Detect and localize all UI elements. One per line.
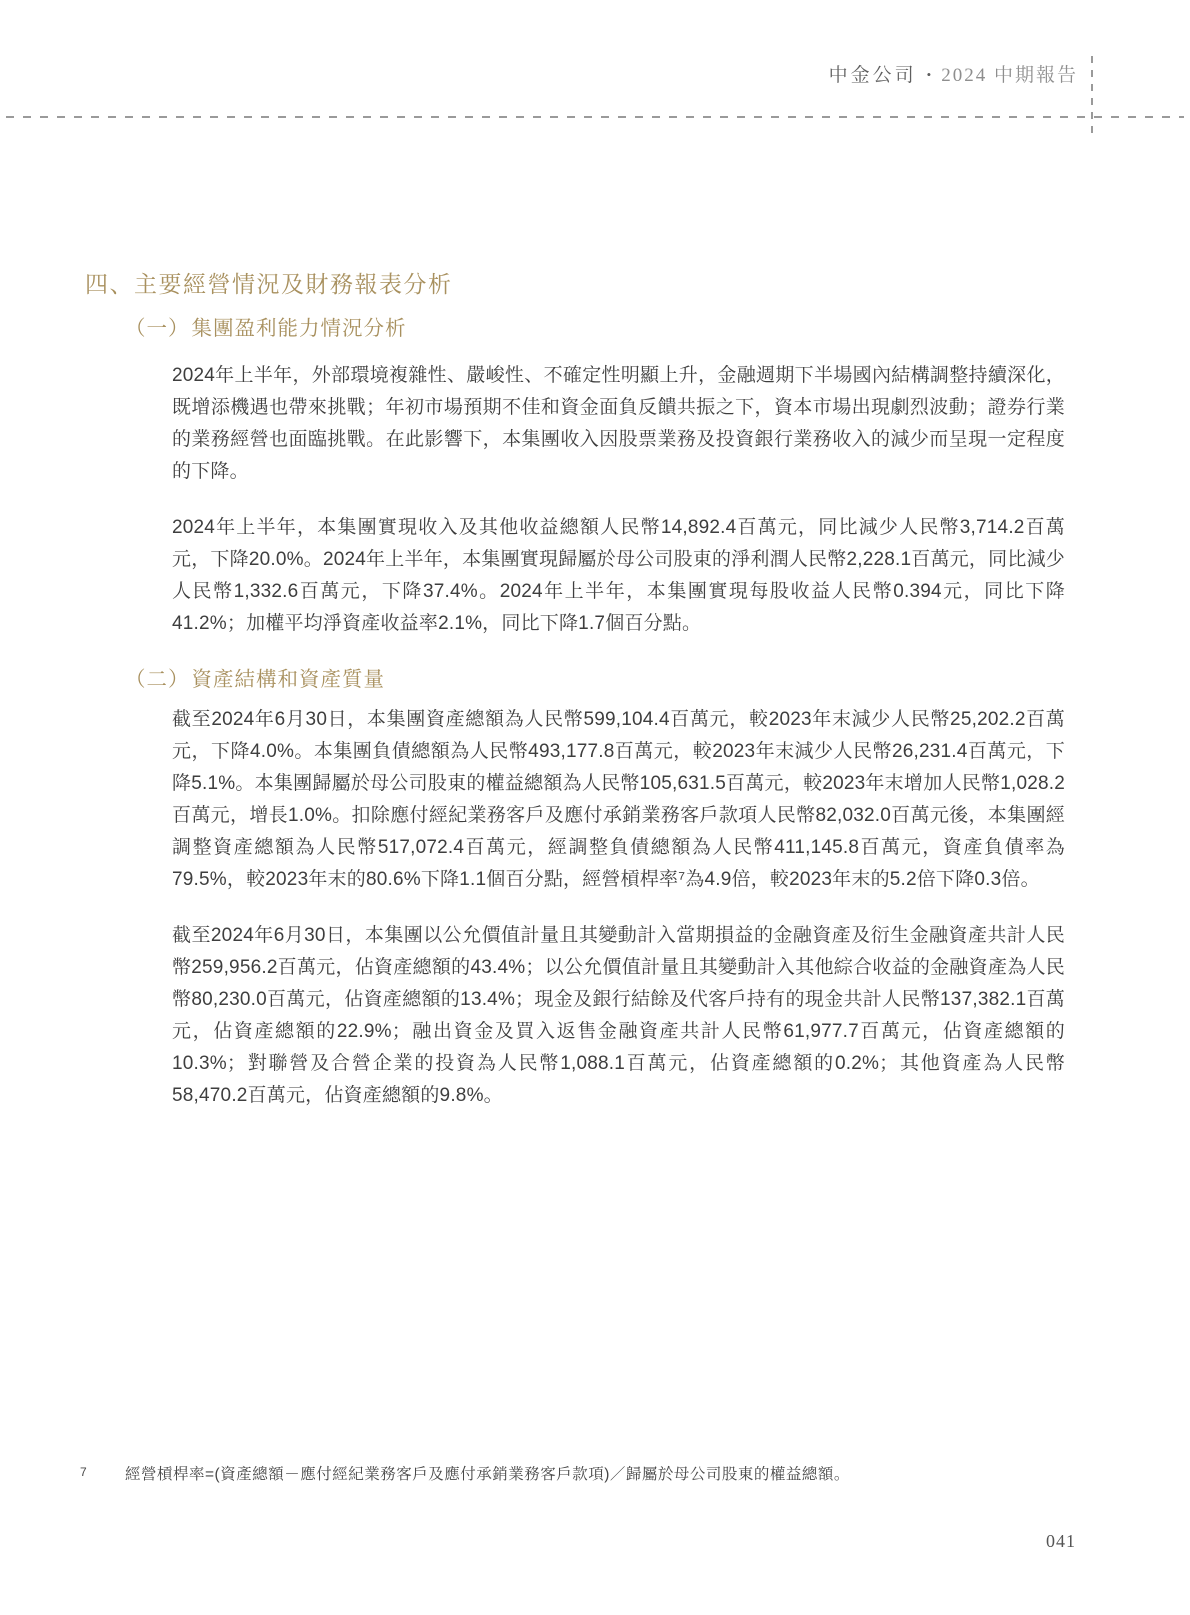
header-dashed-rule-horizontal bbox=[6, 116, 1184, 118]
subsection-1-title: 集團盈利能力情況分析 bbox=[192, 311, 407, 341]
subsection-2-title: 資產結構和資產質量 bbox=[192, 662, 386, 692]
subsection-1-paragraph-2: 2024年上半年，本集團實現收入及其他收益總額人民幣14,892.4百萬元，同比… bbox=[172, 512, 1065, 640]
header-company-name: 中金公司 bbox=[829, 60, 917, 87]
subsection-2-heading: （二） 資產結構和資產質量 bbox=[125, 662, 385, 692]
subsection-2-paragraph-2: 截至2024年6月30日，本集團以公允價值計量且其變動計入當期損益的金融資產及衍… bbox=[172, 920, 1065, 1112]
subsection-1-paragraph-1: 2024年上半年，外部環境複雜性、嚴峻性、不確定性明顯上升，金融週期下半場國內結… bbox=[172, 360, 1065, 488]
subsection-2-paragraph-1: 截至2024年6月30日，本集團資產總額為人民幣599,104.4百萬元，較20… bbox=[172, 704, 1065, 896]
report-page: 中金公司 • 2024 中期報告 四、主要經營情況及財務報表分析 （一） 集團盈… bbox=[0, 0, 1190, 1615]
section-title: 四、主要經營情況及財務報表分析 bbox=[85, 266, 453, 299]
page-number: 041 bbox=[1015, 1531, 1107, 1552]
footnote-text: 經營槓桿率=(資產總額－應付經紀業務客戶及應付承銷業務客戶款項)／歸屬於母公司股… bbox=[125, 1463, 1075, 1487]
footnote-marker: 7 bbox=[80, 1465, 87, 1479]
header-report-title: 2024 中期報告 bbox=[941, 60, 1078, 87]
header-bullet-separator: • bbox=[927, 67, 932, 83]
subsection-1-label: （一） bbox=[125, 311, 190, 341]
header-dashed-rule-vertical bbox=[1091, 56, 1093, 134]
subsection-1-heading: （一） 集團盈利能力情況分析 bbox=[125, 311, 407, 341]
page-header: 中金公司 • 2024 中期報告 bbox=[829, 60, 1078, 87]
subsection-2-label: （二） bbox=[125, 662, 190, 692]
